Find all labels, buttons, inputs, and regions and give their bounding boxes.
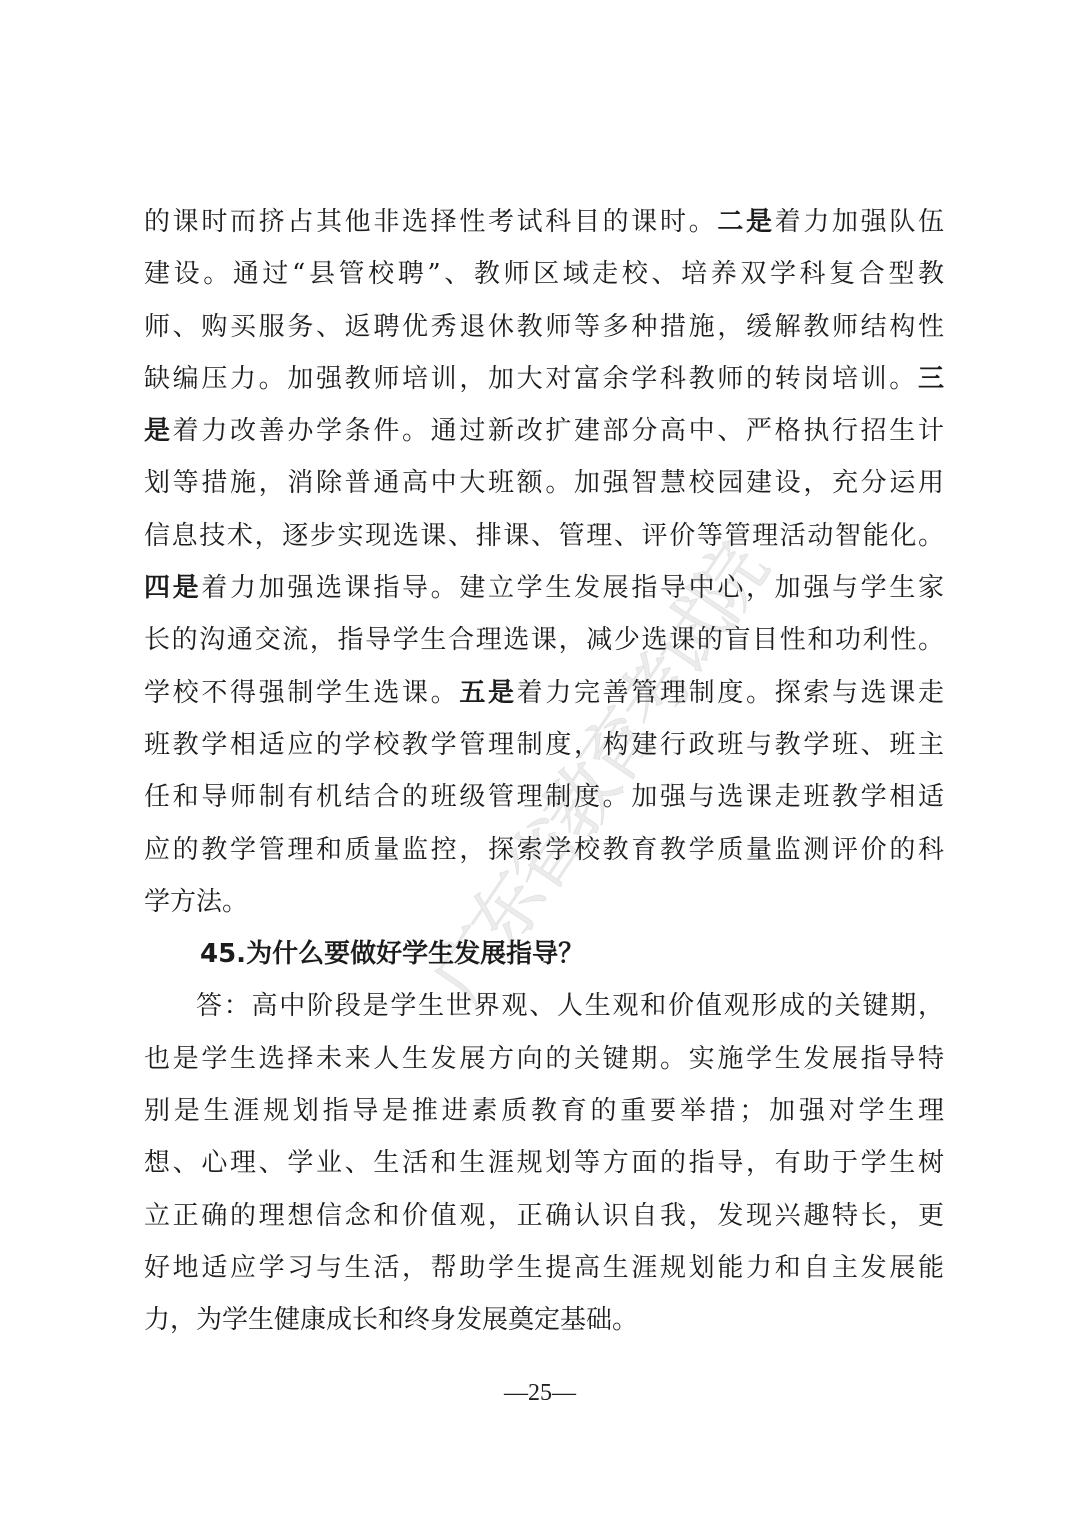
line-text: 长的沟通交流，指导学生合理选课，减少选课的盲目性和功利性。 bbox=[144, 625, 944, 655]
line-text: 的课时而挤占其他非选择性考试科目的课时。 bbox=[144, 207, 717, 237]
line-text: 师、购买服务、返聘优秀退休教师等多种措施，缓解教师结构性 bbox=[144, 312, 944, 342]
text-line: 是着力改善办学条件。通过新改扩建部分高中、严格执行招生计 bbox=[144, 405, 944, 457]
text-line: 建设。通过“县管校聘”、教师区域走校、培养双学科复合型教 bbox=[144, 248, 944, 300]
emphasis-text: 五是 bbox=[459, 678, 516, 708]
question-number: 45. bbox=[200, 939, 246, 969]
answer-line: 别是生涯规划指导是推进素质教育的重要举措；加强对学生理 bbox=[144, 1085, 944, 1137]
answer-line: 力，为学生健康成长和终身发展奠定基础。 bbox=[144, 1294, 944, 1346]
line-text: 任和导师制有机结合的班级管理制度。加强与选课走班教学相适 bbox=[144, 782, 944, 812]
text-line: 的课时而挤占其他非选择性考试科目的课时。二是着力加强队伍 bbox=[144, 196, 944, 248]
text-line: 学校不得强制学生选课。五是着力完善管理制度。探索与选课走 bbox=[144, 667, 944, 719]
text-line: 长的沟通交流，指导学生合理选课，减少选课的盲目性和功利性。 bbox=[144, 614, 944, 666]
line-text: 着力加强队伍 bbox=[775, 207, 944, 237]
text-line: 信息技术，逐步实现选课、排课、管理、评价等管理活动智能化。 bbox=[144, 510, 944, 562]
question-heading: 45.为什么要做好学生发展指导？ bbox=[144, 928, 944, 980]
answer-line: 答：高中阶段是学生世界观、人生观和价值观形成的关键期， bbox=[144, 980, 944, 1032]
text-line: 划等措施，消除普通高中大班额。加强智慧校园建设，充分运用 bbox=[144, 457, 944, 509]
text-line: 学方法。 bbox=[144, 876, 944, 928]
line-text: 应的教学管理和质量监控，探索学校教育教学质量监测评价的科 bbox=[144, 835, 944, 865]
text-line: 班教学相适应的学校教学管理制度，构建行政班与教学班、班主 bbox=[144, 719, 944, 771]
line-text: 缺编压力。加强教师培训，加大对富余学科教师的转岗培训。 bbox=[144, 364, 918, 394]
line-text: 着力改善办学条件。通过新改扩建部分高中、严格执行招生计 bbox=[173, 416, 944, 446]
answer-line: 也是学生选择未来人生发展方向的关键期。实施学生发展指导特 bbox=[144, 1033, 944, 1085]
answer-paragraph: 答：高中阶段是学生世界观、人生观和价值观形成的关键期，也是学生选择未来人生发展方… bbox=[144, 980, 944, 1346]
emphasis-text: 四是 bbox=[144, 573, 201, 603]
emphasis-text: 二是 bbox=[717, 207, 774, 237]
line-text: 着力完善管理制度。探索与选课走 bbox=[517, 678, 944, 708]
line-text: 着力加强选课指导。建立学生发展指导中心，加强与学生家 bbox=[201, 573, 944, 603]
line-text: 学校不得强制学生选课。 bbox=[144, 678, 459, 708]
body-text: 的课时而挤占其他非选择性考试科目的课时。二是着力加强队伍建设。通过“县管校聘”、… bbox=[144, 196, 944, 1347]
question-text: 为什么要做好学生发展指导？ bbox=[246, 939, 584, 969]
paragraph-continuation: 的课时而挤占其他非选择性考试科目的课时。二是着力加强队伍建设。通过“县管校聘”、… bbox=[144, 196, 944, 928]
document-page: 广东省教育考试院 的课时而挤占其他非选择性考试科目的课时。二是着力加强队伍建设。… bbox=[0, 0, 1080, 1527]
answer-line: 立正确的理想信念和价值观，正确认识自我，发现兴趣特长，更 bbox=[144, 1190, 944, 1242]
page-number: —25— bbox=[0, 1380, 1080, 1407]
emphasis-text: 是 bbox=[144, 416, 173, 446]
emphasis-text: 三 bbox=[918, 364, 944, 394]
text-line: 任和导师制有机结合的班级管理制度。加强与选课走班教学相适 bbox=[144, 771, 944, 823]
text-line: 缺编压力。加强教师培训，加大对富余学科教师的转岗培训。三 bbox=[144, 353, 944, 405]
answer-line: 想、心理、学业、生活和生涯规划等方面的指导，有助于学生树 bbox=[144, 1137, 944, 1189]
line-text: 建设。通过“县管校聘”、教师区域走校、培养双学科复合型教 bbox=[144, 259, 944, 289]
line-text: 学方法。 bbox=[144, 887, 248, 917]
line-text: 划等措施，消除普通高中大班额。加强智慧校园建设，充分运用 bbox=[144, 468, 944, 498]
text-line: 师、购买服务、返聘优秀退休教师等多种措施，缓解教师结构性 bbox=[144, 301, 944, 353]
answer-line: 好地适应学习与生活，帮助学生提高生涯规划能力和自主发展能 bbox=[144, 1242, 944, 1294]
line-text: 班教学相适应的学校教学管理制度，构建行政班与教学班、班主 bbox=[144, 730, 944, 760]
text-line: 应的教学管理和质量监控，探索学校教育教学质量监测评价的科 bbox=[144, 824, 944, 876]
line-text: 信息技术，逐步实现选课、排课、管理、评价等管理活动智能化。 bbox=[144, 521, 944, 551]
text-line: 四是着力加强选课指导。建立学生发展指导中心，加强与学生家 bbox=[144, 562, 944, 614]
